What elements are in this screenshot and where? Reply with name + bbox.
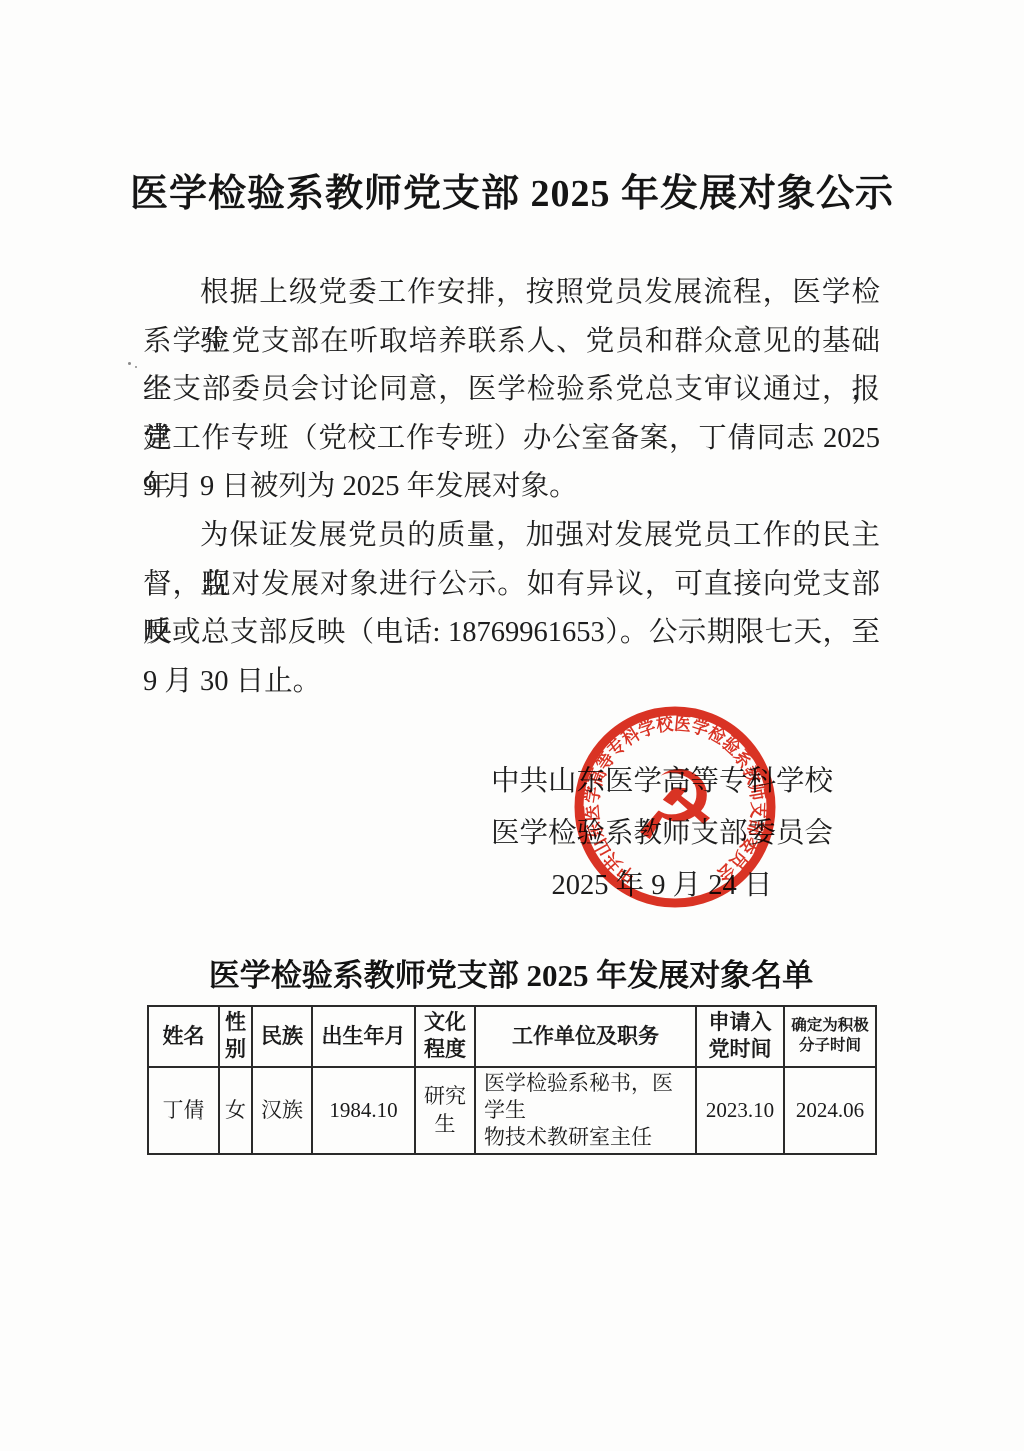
col-header-ethnicity: 民族: [252, 1006, 312, 1067]
cell-job: 医学检验系秘书，医学生 物技术教研室主任: [475, 1067, 696, 1155]
body-line: 为保证发展党员的质量，加强对发展党员工作的民主监: [143, 512, 880, 561]
cell-gender: 女: [219, 1067, 252, 1155]
cell-birth: 1984.10: [312, 1067, 415, 1155]
col-header-job: 工作单位及职务: [475, 1006, 696, 1067]
roster-header-row: 姓名 性 别 民族 出生年月 文化 程度 工作单位及职务 申请入 党时间 确定为…: [148, 1006, 876, 1067]
col-header-apply-date: 申请入 党时间: [696, 1006, 784, 1067]
cell-education: 研究 生: [415, 1067, 475, 1155]
body-line: 根据上级党委工作安排，按照党员发展流程，医学检验: [143, 269, 880, 318]
body-line: 系学生党支部在听取培养联系人、党员和群众意见的基础上，: [143, 318, 880, 367]
signature-org-line2: 医学检验系教师支部委员会: [462, 808, 862, 860]
col-header-education: 文化 程度: [415, 1006, 475, 1067]
cell-ethnicity: 汉族: [252, 1067, 312, 1155]
body-line: 建工作专班（党校工作专班）办公室备案，丁倩同志 2025 年: [143, 415, 880, 464]
col-header-name: 姓名: [148, 1006, 219, 1067]
page-title: 医学检验系教师党支部 2025 年发展对象公示: [0, 162, 1024, 217]
signature-date: 2025 年 9 月 24 日: [462, 860, 862, 912]
body-line: 经支部委员会讨论同意，医学检验系党总支审议通过，报党: [143, 366, 880, 415]
col-header-activist-date: 确定为积极 分子时间: [784, 1006, 876, 1067]
signature-block: 中共山东医学高等专科学校 医学检验系教师支部委员会 2025 年 9 月 24 …: [462, 756, 862, 912]
cell-activist-date: 2024.06: [784, 1067, 876, 1155]
col-header-gender: 性 别: [219, 1006, 252, 1067]
col-header-birth: 出生年月: [312, 1006, 415, 1067]
body-line: 映或总支部反映（电话: 18769961653）。公示期限七天，至: [143, 609, 880, 658]
scan-speck: [520, 1103, 522, 1105]
body-line: 督，现对发展对象进行公示。如有异议，可直接向党支部反: [143, 561, 880, 610]
scan-speck: [135, 366, 137, 368]
scan-speck: [199, 1117, 202, 1120]
signature-org-line1: 中共山东医学高等专科学校: [462, 756, 862, 808]
roster-data-row: 丁倩 女 汉族 1984.10 研究 生 医学检验系秘书，医学生 物技术教研室主…: [148, 1067, 876, 1155]
body-text: 根据上级党委工作安排，按照党员发展流程，医学检验 系学生党支部在听取培养联系人、…: [143, 269, 880, 706]
document-page: 医学检验系教师党支部 2025 年发展对象公示 根据上级党委工作安排，按照党员发…: [0, 0, 1024, 1451]
scan-speck: [128, 362, 131, 365]
roster-table: 姓名 性 别 民族 出生年月 文化 程度 工作单位及职务 申请入 党时间 确定为…: [147, 1005, 877, 1155]
cell-name: 丁倩: [148, 1067, 219, 1155]
roster-title: 医学检验系教师党支部 2025 年发展对象名单: [147, 950, 875, 995]
cell-apply-date: 2023.10: [696, 1067, 784, 1155]
body-line: 9 月 9 日被列为 2025 年发展对象。: [143, 463, 880, 512]
body-line: 9 月 30 日止。: [143, 658, 880, 707]
